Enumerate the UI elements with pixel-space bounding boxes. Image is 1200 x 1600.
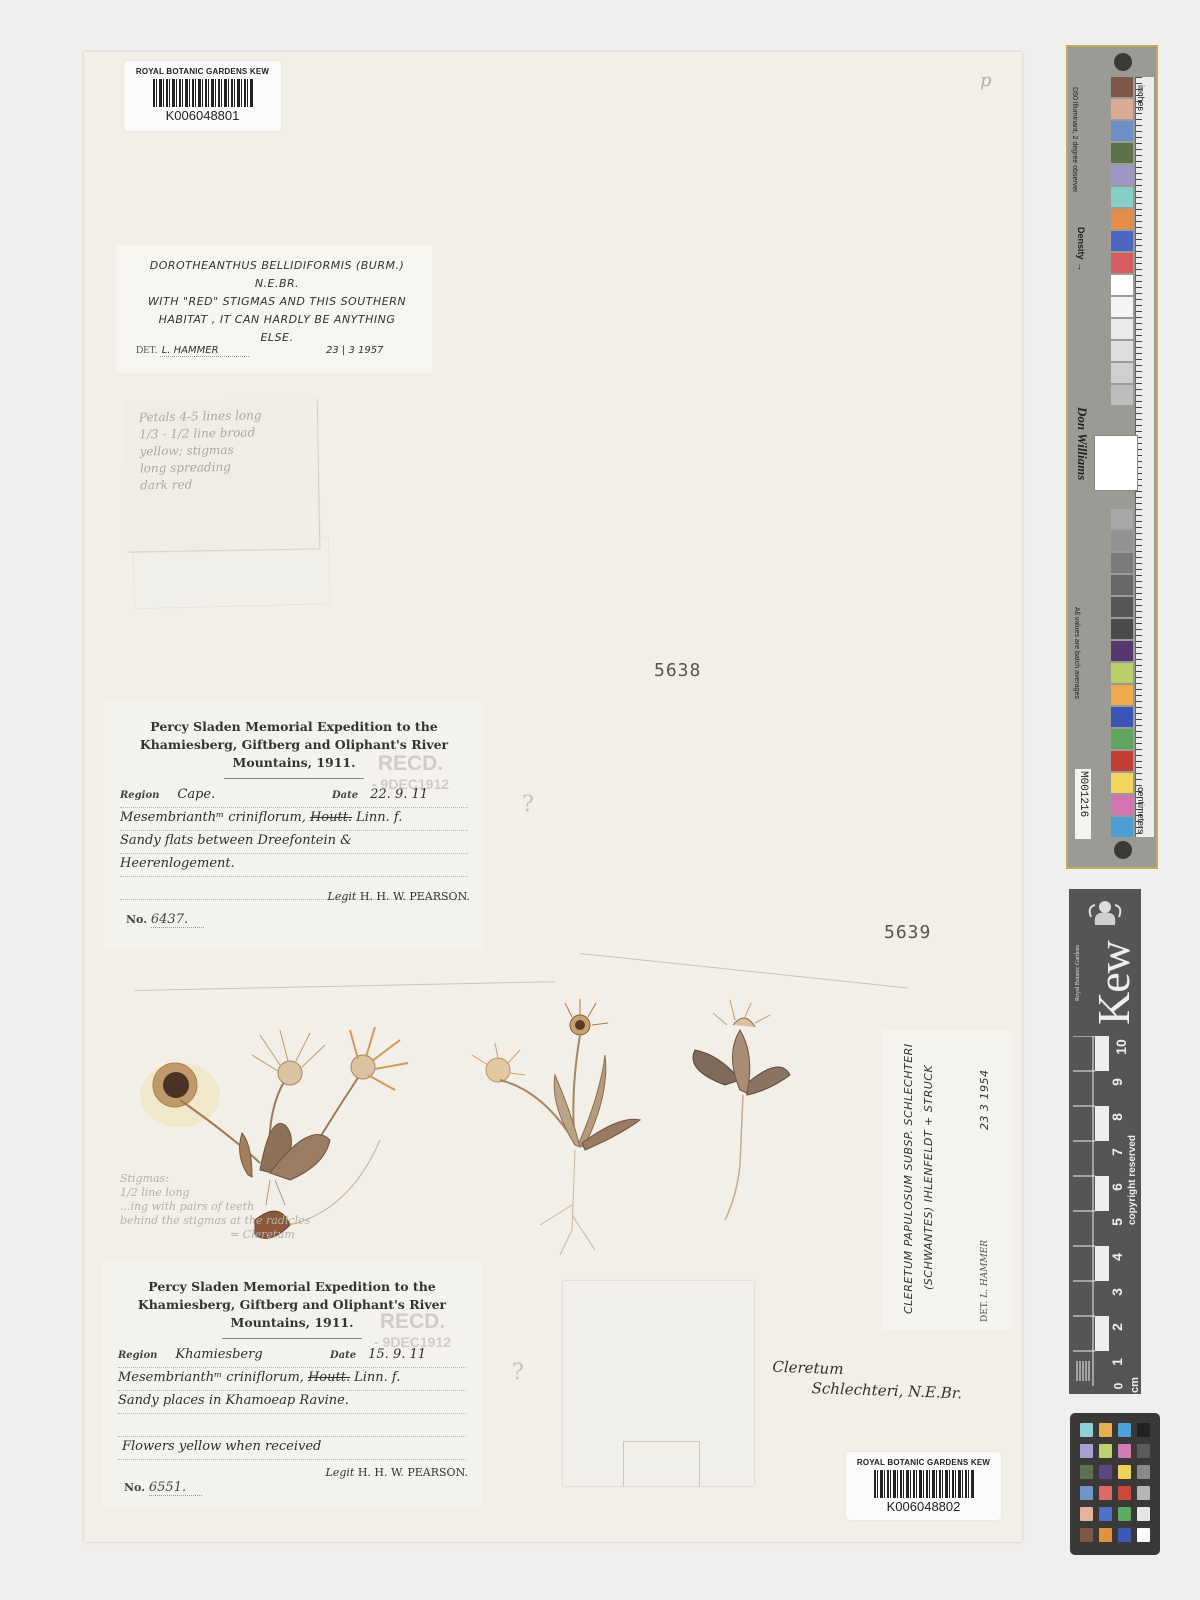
det-line-2: WITH "RED" STIGMAS AND THIS SOUTHERN (132, 293, 422, 311)
color-swatch (1111, 707, 1133, 727)
taxon-name: Mesembrianthᵐ criniflorum, (118, 1370, 304, 1385)
barcode-id: K006048802 (846, 1499, 1001, 1514)
region-label: Region (118, 1350, 157, 1361)
color-swatch (1111, 77, 1133, 97)
collector: Legit H. H. W. PEARSON. (328, 890, 470, 903)
legit-prefix: Legit (326, 1466, 355, 1479)
collection-number: No. 6551. (124, 1480, 202, 1495)
color-swatch (1111, 619, 1133, 639)
pencil-line-text: Stigmas: (120, 1172, 350, 1186)
vertical-determiner: DET. L. HAMMER (980, 1240, 990, 1322)
color-calibration-ruler: inches centimeters D50 Illuminant, 2 deg… (1066, 45, 1158, 869)
locality-line: Sandy places in Khamoeap Ravine. (118, 1393, 349, 1408)
scale-unit: cm (1129, 1377, 1141, 1393)
checker-patch (1118, 1444, 1131, 1458)
copyright-text: copyright reserved (1127, 1135, 1138, 1225)
color-swatch (1111, 143, 1133, 163)
checker-patch (1099, 1444, 1112, 1458)
stamp-number-lower: 5639 (884, 922, 931, 943)
ruler-id-tag: M001216 (1075, 769, 1091, 839)
color-swatch (1111, 509, 1133, 529)
pencil-line-text: behind the stigmas at the radicles (120, 1214, 350, 1228)
corner-mark: p (980, 70, 992, 91)
checker-patch (1137, 1528, 1150, 1542)
barcode-id: K006048801 (124, 108, 281, 123)
det-prefix: DET. (980, 1301, 990, 1322)
ruler-id: M001216 (1077, 771, 1089, 817)
checker-patch (1118, 1528, 1131, 1542)
locality-line: Sandy flats between Dreefontein & (120, 833, 352, 848)
scale-number: 7 (1109, 1148, 1125, 1156)
title-line: Percy Sladen Memorial Expedition to the (104, 718, 484, 736)
scale-number: 10 (1113, 1039, 1129, 1055)
scale-number: 5 (1109, 1218, 1125, 1226)
packet-flap (623, 1441, 700, 1487)
checker-patch (1080, 1486, 1093, 1500)
illuminant-note: D50 Illuminant, 2 degree observer (1071, 87, 1078, 192)
units-centimeters: centimeters (1136, 787, 1146, 834)
scale-number: 6 (1109, 1183, 1125, 1191)
color-swatch (1111, 121, 1133, 141)
vertical-det-date: 23 3 1954 (976, 1070, 994, 1130)
locality-row: Sandy flats between Dreefontein & (120, 831, 468, 854)
gray-target-patch (1094, 435, 1138, 491)
color-swatch (1111, 773, 1133, 793)
scale-number: 1 (1109, 1358, 1125, 1366)
region-value: Cape. (177, 787, 215, 802)
color-checker-card (1070, 1413, 1160, 1555)
locality-row: Heerenlogement. (120, 854, 468, 877)
number-value: 6437. (151, 912, 204, 928)
checker-patch (1099, 1465, 1112, 1479)
color-swatch (1111, 297, 1133, 317)
color-swatch (1111, 209, 1133, 229)
note-line: dark red (140, 474, 310, 494)
checker-patch (1118, 1507, 1131, 1521)
scale-number: 4 (1109, 1253, 1125, 1261)
color-swatch (1111, 319, 1133, 339)
scale-number: 2 (1109, 1323, 1125, 1331)
vertical-det-line-1: CLERETUM PAPULOSUM SUBSP. SCHLECHTERI (900, 1043, 918, 1314)
locality-row: Sandy places in Khamoeap Ravine. (118, 1391, 466, 1414)
barcode-institution: ROYAL BOTANIC GARDENS KEW (124, 67, 281, 76)
date-value: 22. 9. 11 (370, 787, 428, 802)
received-text: RECD. (374, 1312, 451, 1332)
checker-patch (1080, 1528, 1093, 1542)
determiner-name: L. HAMMER (980, 1240, 990, 1298)
barcode-institution: ROYAL BOTANIC GARDENS KEW (846, 1458, 1001, 1467)
question-mark: ? (512, 1360, 524, 1385)
color-swatch (1111, 597, 1133, 617)
checker-patch (1080, 1423, 1093, 1437)
checker-patch (1137, 1507, 1150, 1521)
ruler-hole-icon (1114, 841, 1132, 859)
locality-line: Heerenlogement. (120, 856, 235, 871)
color-swatch (1111, 751, 1133, 771)
region-value: Khamiesberg (175, 1347, 262, 1362)
taxon-row: Mesembrianthᵐ criniflorum, Houtt. Linn. … (118, 1368, 466, 1391)
color-swatch (1111, 275, 1133, 295)
color-swatch (1111, 641, 1133, 661)
struck-author: Houtt. (310, 810, 352, 825)
collector-name: H. H. W. PEARSON. (358, 1466, 468, 1479)
barcode-label-bottom: ROYAL BOTANIC GARDENS KEW K006048802 (846, 1452, 1001, 1520)
color-swatch (1111, 231, 1133, 251)
color-swatch (1111, 341, 1133, 361)
number-value: 6551. (149, 1480, 202, 1496)
ruler-hole-icon (1114, 53, 1132, 71)
determiner-row: DET. L. HAMMER 23 | 3 1957 (136, 345, 416, 356)
scale-number: 3 (1109, 1288, 1125, 1296)
divider (222, 1338, 362, 1339)
checker-patch (1118, 1423, 1131, 1437)
det-prefix: DET. (136, 345, 157, 356)
checker-patch (1099, 1486, 1112, 1500)
divider (224, 778, 364, 779)
scale-number: 8 (1109, 1113, 1125, 1121)
checker-patch (1137, 1423, 1150, 1437)
checker-patch (1080, 1444, 1093, 1458)
checker-patch (1080, 1465, 1093, 1479)
fragment-packet[interactable] (563, 1281, 754, 1486)
pencil-note-card: Petals 4-5 lines long 1/3 - 1/2 line bro… (125, 398, 320, 551)
barcode-icon (874, 1470, 974, 1498)
scale-number: 9 (1109, 1078, 1125, 1086)
checker-patch (1080, 1507, 1093, 1521)
checker-patch (1099, 1507, 1112, 1521)
determiner-name: L. HAMMER (160, 345, 249, 357)
color-swatch (1111, 553, 1133, 573)
date-label: Date (332, 790, 358, 801)
pencil-line-text: 1/2 line long (120, 1186, 350, 1200)
stamp-number-upper: 5638 (654, 660, 701, 681)
expedition-label-2: Percy Sladen Memorial Expedition to the … (102, 1262, 482, 1506)
specimen-plant-2 (472, 999, 640, 1255)
flower-note: Flowers yellow when received (122, 1439, 321, 1454)
blank-row (118, 1414, 466, 1437)
vertical-determination-label: CLERETUM PAPULOSUM SUBSP. SCHLECHTERI (S… (882, 1030, 1012, 1330)
vertical-det-line-2: (SCHWANTES) IHLENFELDT + STRUCK (920, 1065, 938, 1290)
kew-scale-bar: Kew Royal Botanic Gardens 10 9 8 7 6 5 4… (1069, 889, 1141, 1394)
color-swatch (1111, 817, 1133, 837)
det-line-1: DOROTHEANTHUS BELLIDIFORMIS (BURM.) N.E.… (132, 257, 422, 293)
barcode-label-top: ROYAL BOTANIC GARDENS KEW K006048801 (124, 61, 281, 131)
pencil-line-text: = Cleretum (120, 1228, 350, 1242)
checker-patch (1137, 1444, 1150, 1458)
taxon-row: Mesembrianthᵐ criniflorum, Houtt. Linn. … (120, 808, 468, 831)
kew-logo-text: Kew (1087, 941, 1140, 1025)
color-swatch (1111, 385, 1133, 405)
legit-prefix: Legit (328, 890, 357, 903)
checker-patch (1099, 1423, 1112, 1437)
kew-subtitle: Royal Botanic Gardens (1075, 945, 1081, 1001)
kew-wordmark: Kew (1083, 937, 1127, 1027)
density-label: Density → (1076, 227, 1086, 271)
color-swatch (1111, 187, 1133, 207)
pencil-annotation-stigmas: Stigmas: 1/2 line long ...ing with pairs… (120, 1172, 350, 1242)
region-row: Region Cape. Date 22. 9. 11 (120, 785, 468, 808)
expedition-label-1: Percy Sladen Memorial Expedition to the … (104, 702, 484, 950)
determination-label: DOROTHEANTHUS BELLIDIFORMIS (BURM.) N.E.… (116, 245, 432, 373)
averages-note: All values are batch averages (1073, 607, 1080, 699)
question-mark: ? (522, 792, 534, 817)
color-swatch (1111, 663, 1133, 683)
taxon-author: Linn. f. (354, 1370, 400, 1385)
color-swatch (1111, 729, 1133, 749)
struck-author: Houtt. (308, 1370, 350, 1385)
number-prefix: No. (124, 1481, 145, 1494)
date-value: 15. 9. 11 (368, 1347, 426, 1362)
units-inches: inches (1136, 85, 1146, 111)
ruler-brand: Don Williams (1074, 407, 1090, 480)
color-swatch (1111, 253, 1133, 273)
determination-text: DOROTHEANTHUS BELLIDIFORMIS (BURM.) N.E.… (132, 257, 422, 347)
date-label: Date (330, 1350, 356, 1361)
royal-crest-icon (1087, 897, 1123, 927)
checker-patch (1137, 1465, 1150, 1479)
region-row: Region Khamiesberg Date 15. 9. 11 (118, 1345, 466, 1368)
color-swatch (1111, 99, 1133, 119)
checker-patch (1137, 1486, 1150, 1500)
pencil-line-text: ...ing with pairs of teeth (120, 1200, 350, 1214)
color-swatch (1111, 165, 1133, 185)
barcode-icon (153, 79, 253, 107)
color-swatch (1111, 363, 1133, 383)
determination-date: 23 | 3 1957 (326, 345, 383, 356)
taxon-name: Mesembrianthᵐ criniflorum, (120, 810, 306, 825)
collector-name: H. H. W. PEARSON. (360, 890, 470, 903)
scale-number: 0 (1111, 1383, 1125, 1390)
color-swatch (1111, 685, 1133, 705)
taxon-author: Linn. f. (356, 810, 402, 825)
scale-checkerboard (1073, 1036, 1109, 1386)
color-swatch (1111, 531, 1133, 551)
color-swatch (1111, 575, 1133, 595)
region-label: Region (120, 790, 159, 801)
checker-patch (1099, 1528, 1112, 1542)
note-row: Flowers yellow when received (118, 1437, 466, 1460)
checker-patch (1118, 1486, 1131, 1500)
checker-patch (1118, 1465, 1131, 1479)
specimen-plant-3 (693, 1000, 790, 1220)
number-prefix: No. (126, 913, 147, 926)
received-text: RECD. (372, 754, 449, 774)
color-swatch (1111, 795, 1133, 815)
collection-number: No. 6437. (126, 912, 204, 927)
collector: Legit H. H. W. PEARSON. (326, 1466, 468, 1479)
title-line: Percy Sladen Memorial Expedition to the (102, 1278, 482, 1296)
cleretum-annotation: Cleretum Schlechteri, N.E.Br. (771, 1357, 963, 1404)
det-line-3: HABITAT , IT CAN HARDLY BE ANYTHING (132, 311, 422, 329)
